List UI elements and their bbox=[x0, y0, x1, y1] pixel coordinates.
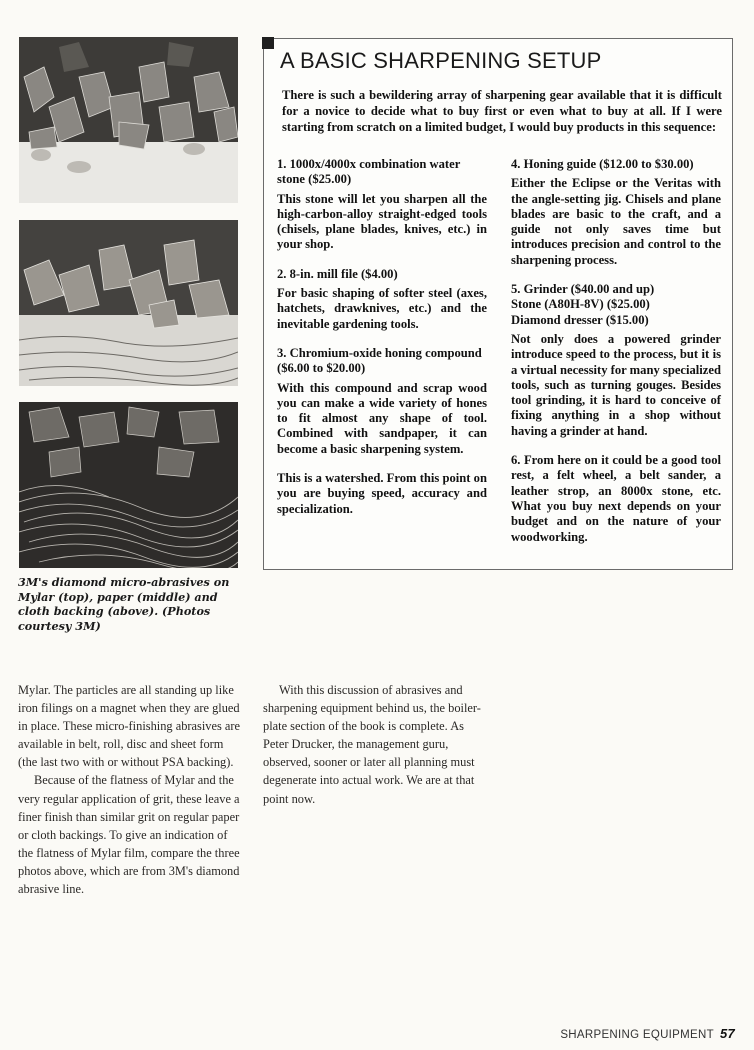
item-body: With this compound and scrap wood you ca… bbox=[277, 381, 487, 457]
item-heading: 5. Grinder ($40.00 and up) bbox=[511, 282, 721, 297]
sidebar-intro: There is such a bewildering array of sha… bbox=[282, 87, 722, 135]
sharpening-setup-sidebar: A BASIC SHARPENING SETUP There is such a… bbox=[263, 38, 733, 570]
item-body: This is a watershed. From this point on … bbox=[277, 471, 487, 517]
running-footer-section: SHARPENING EQUIPMENT bbox=[560, 1029, 714, 1041]
photo-caption: 3M's diamond micro-abrasives on Mylar (t… bbox=[18, 575, 248, 633]
item-heading: 4. Honing guide ($12.00 to $30.00) bbox=[511, 157, 721, 172]
page-number: 57 bbox=[720, 1026, 735, 1041]
cloth-abrasive-photo bbox=[19, 402, 238, 568]
corner-square-icon bbox=[262, 37, 274, 49]
paragraph: Mylar. The particles are all standing up… bbox=[18, 681, 243, 771]
item-body: Not only does a powered grinder introduc… bbox=[511, 332, 721, 439]
paragraph: With this discussion of abrasives and sh… bbox=[263, 681, 485, 808]
body-column-2: With this discussion of abrasives and sh… bbox=[263, 681, 485, 808]
item-subheading: Stone (A80H-8V) ($25.00) bbox=[511, 297, 721, 312]
item-heading: 1. 1000x/4000x combination water stone (… bbox=[277, 157, 487, 188]
mylar-abrasive-photo bbox=[19, 37, 238, 203]
sidebar-title: A BASIC SHARPENING SETUP bbox=[280, 48, 601, 74]
sidebar-column-right: 4. Honing guide ($12.00 to $30.00) Eithe… bbox=[511, 157, 721, 545]
item-body: 6. From here on it could be a good tool … bbox=[511, 453, 721, 545]
paper-abrasive-photo bbox=[19, 220, 238, 386]
item-heading: 2. 8-in. mill file ($4.00) bbox=[277, 267, 487, 282]
sidebar-column-left: 1. 1000x/4000x combination water stone (… bbox=[277, 157, 487, 517]
item-heading: 3. Chromium-oxide honing compound ($6.00… bbox=[277, 346, 487, 377]
page-footer: SHARPENING EQUIPMENT57 bbox=[560, 1026, 735, 1041]
item-body: For basic shaping of softer steel (axes,… bbox=[277, 286, 487, 332]
item-subheading: Diamond dresser ($15.00) bbox=[511, 313, 721, 328]
item-body: This stone will let you sharpen all the … bbox=[277, 192, 487, 253]
item-body: Either the Eclipse or the Veritas with t… bbox=[511, 176, 721, 268]
body-column-1: Mylar. The particles are all standing up… bbox=[18, 681, 243, 898]
paragraph: Because of the flatness of Mylar and the… bbox=[18, 771, 243, 898]
